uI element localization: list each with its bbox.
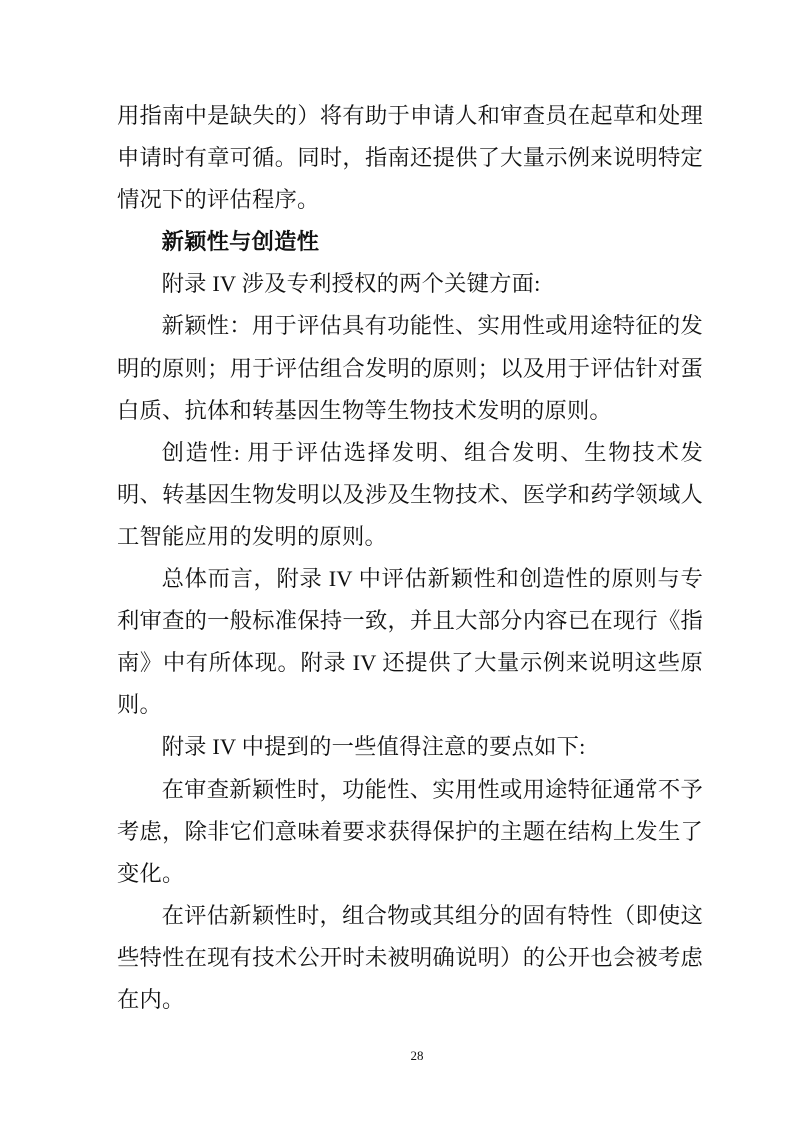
paragraph: 新颖性：用于评估具有功能性、实用性或用途特征的发明的原则；用于评估组合发明的原则…: [117, 305, 703, 431]
page-number: 28: [117, 1048, 717, 1064]
paragraph: 附录 IV 涉及专利授权的两个关键方面:: [117, 263, 703, 305]
document-body: 用指南中是缺失的）将有助于申请人和审查员在起草和处理申请时有章可循。同时，指南还…: [117, 95, 703, 1021]
paragraph: 附录 IV 中提到的一些值得注意的要点如下:: [117, 726, 703, 768]
paragraph: 总体而言，附录 IV 中评估新颖性和创造性的原则与专利审查的一般标准保持一致，并…: [117, 558, 703, 726]
paragraph: 用指南中是缺失的）将有助于申请人和审查员在起草和处理申请时有章可循。同时，指南还…: [117, 95, 703, 221]
paragraph: 在评估新颖性时，组合物或其组分的固有特性（即使这些特性在现有技术公开时未被明确说…: [117, 895, 703, 1021]
paragraph: 创造性: 用于评估选择发明、组合发明、生物技术发明、转基因生物发明以及涉及生物技…: [117, 432, 703, 558]
section-heading: 新颖性与创造性: [117, 221, 703, 263]
document-page: 用指南中是缺失的）将有助于申请人和审查员在起草和处理申请时有章可循。同时，指南还…: [0, 0, 793, 1122]
paragraph: 在审查新颖性时，功能性、实用性或用途特征通常不予考虑，除非它们意味着要求获得保护…: [117, 769, 703, 895]
